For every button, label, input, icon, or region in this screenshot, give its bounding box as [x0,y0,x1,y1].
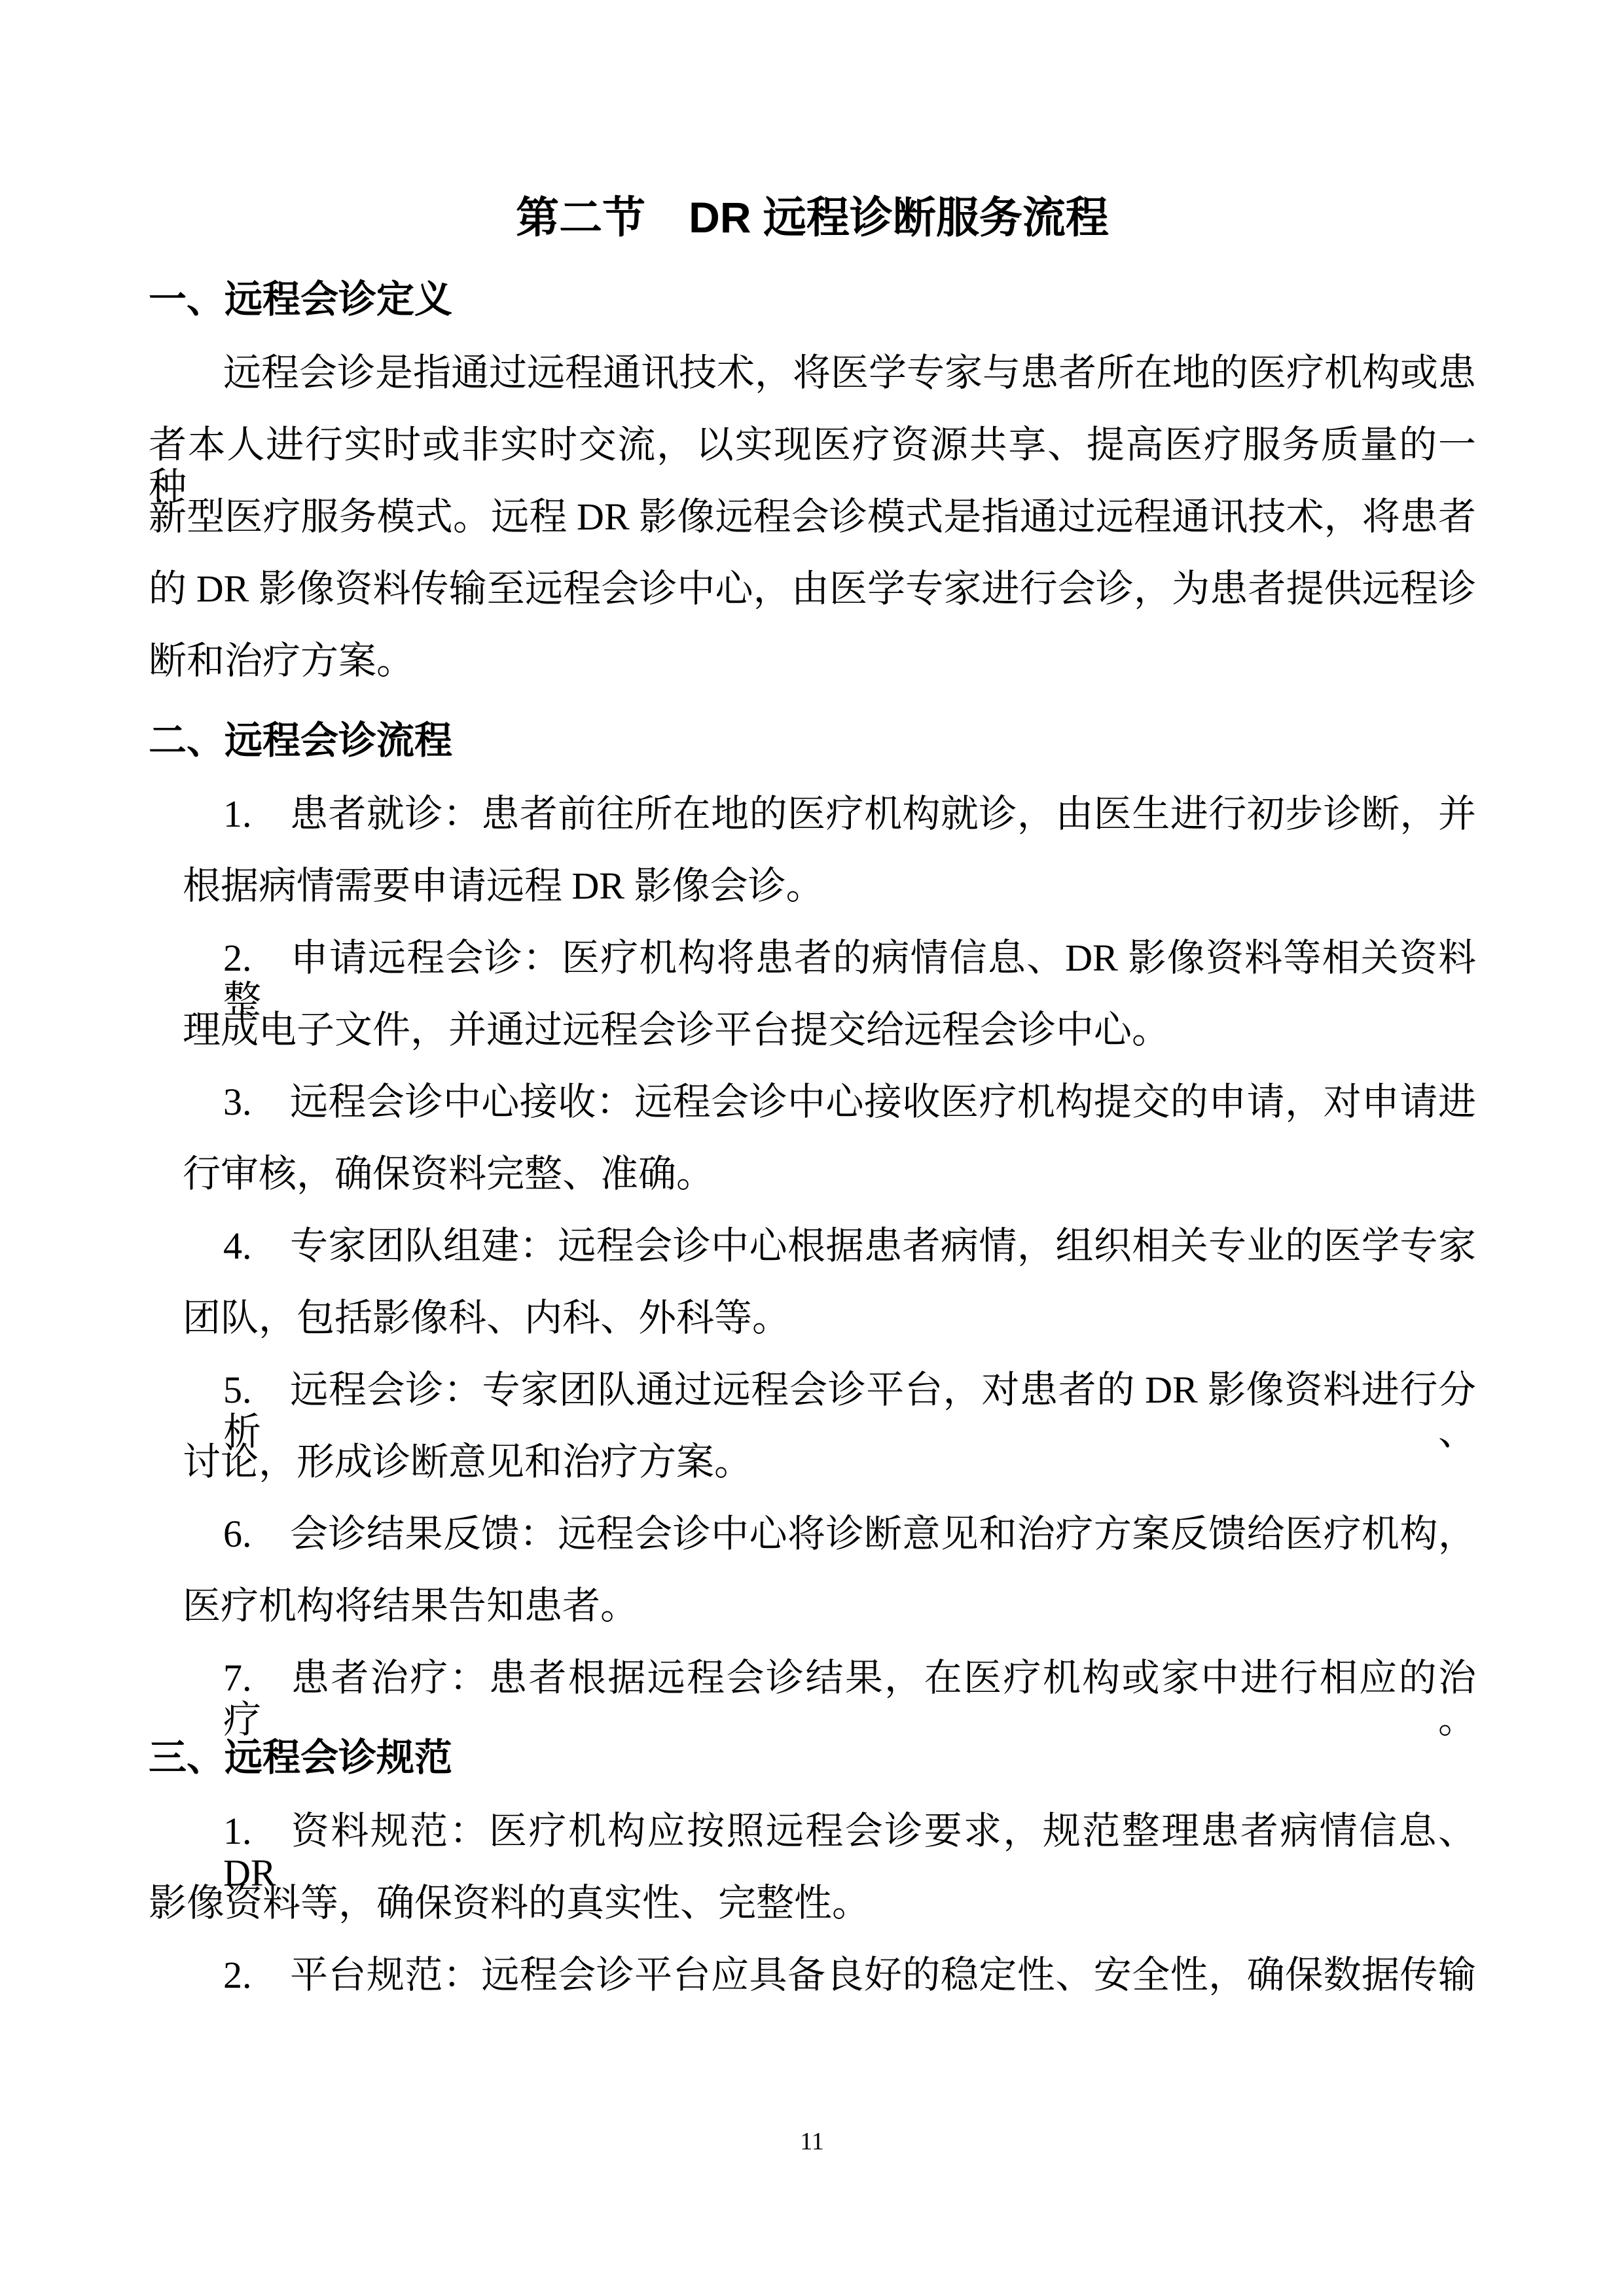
list-item-5-l2: 讨论，形成诊断意见和治疗方案。 [183,1441,1476,1483]
heading-er: 二、远程会诊流程 [149,720,1476,762]
list-item-2-l2: 理成电子文件，并通过远程会诊平台提交给远程会诊中心。 [183,1009,1476,1051]
page-number: 11 [0,2128,1624,2156]
section-title: 第二节 DR 远程诊断服务流程 [149,194,1476,242]
list-item-4-l2: 团队，包括影像科、内科、外科等。 [183,1297,1476,1339]
list-item-6-l1: 6. 会诊结果反馈：远程会诊中心将诊断意见和治疗方案反馈给医疗机构， [223,1513,1476,1555]
para-definition-l5: 断和治疗方案。 [149,640,1476,682]
list-item-3-l1: 3. 远程会诊中心接收：远程会诊中心接收医疗机构提交的申请，对申请进 [223,1081,1476,1123]
heading-yi: 一、远程会诊定义 [149,279,1476,321]
list-item-3-l2: 行审核，确保资料完整、准确。 [183,1153,1476,1195]
list-item-7-l1: 7. 患者治疗：患者根据远程会诊结果，在医疗机构或家中进行相应的治疗。 [223,1657,1476,1741]
list-item-1-l1: 1. 患者就诊：患者前往所在地的医疗机构就诊，由医生进行初步诊断，并 [223,793,1476,835]
para-definition-l3: 新型医疗服务模式。远程 DR 影像远程会诊模式是指通过远程通讯技术，将患者 [149,496,1476,538]
rule-item-2-l1: 2. 平台规范：远程会诊平台应具备良好的稳定性、安全性，确保数据传输 [223,1954,1476,1996]
heading-san: 三、远程会诊规范 [149,1737,1476,1779]
para-definition-l1: 远程会诊是指通过远程通讯技术，将医学专家与患者所在地的医疗机构或患 [223,352,1476,394]
list-item-6-l2: 医疗机构将结果告知患者。 [183,1585,1476,1627]
rule-item-1-l2: 影像资料等，确保资料的真实性、完整性。 [149,1882,1476,1924]
list-item-4-l1: 4. 专家团队组建：远程会诊中心根据患者病情，组织相关专业的医学专家 [223,1225,1476,1267]
list-item-1-l2: 根据病情需要申请远程 DR 影像会诊。 [183,865,1476,907]
document-page: 第二节 DR 远程诊断服务流程一、远程会诊定义远程会诊是指通过远程通讯技术，将医… [0,0,1624,2296]
para-definition-l4: 的 DR 影像资料传输至远程会诊中心，由医学专家进行会诊，为患者提供远程诊 [149,568,1476,610]
